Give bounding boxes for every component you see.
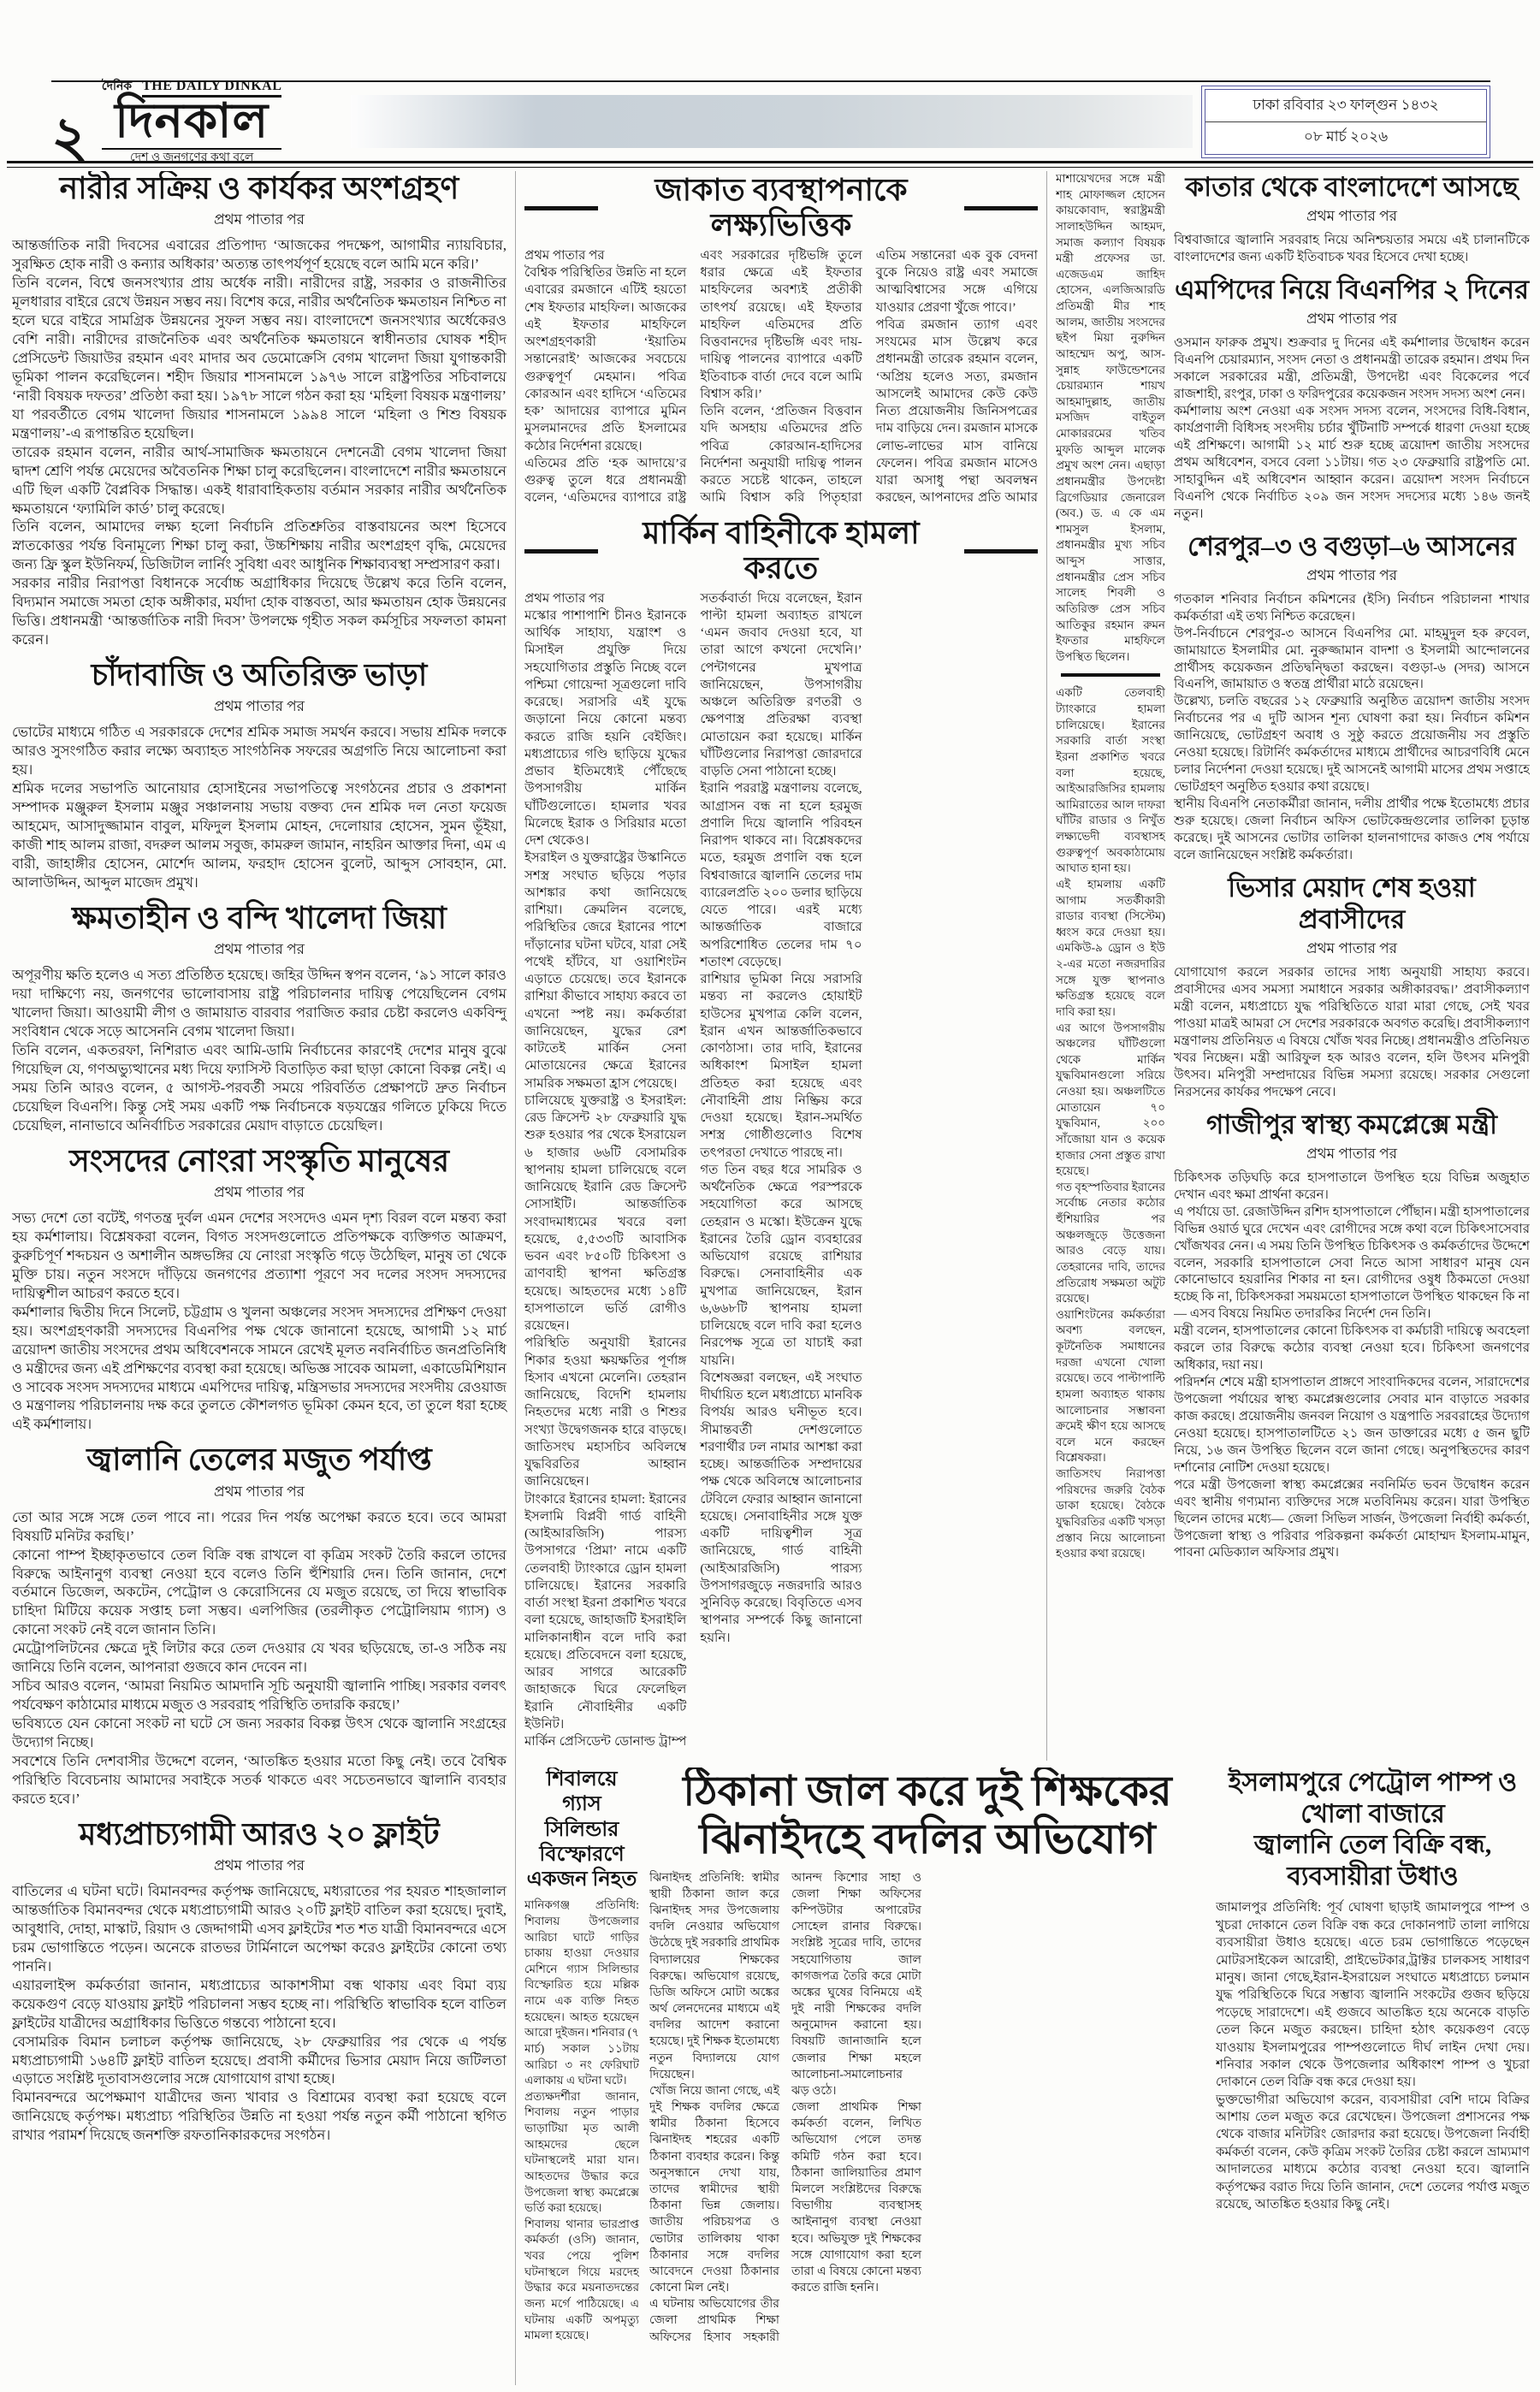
article-women-participation: নারীর সক্রিয় ও কার্যকর অংশগ্রহণ প্রথম প… — [12, 171, 506, 649]
markin-headline-row: মার্কিন বাহিনীকে হামলা করতে — [524, 516, 1038, 587]
article-body: অপূরণীয় ক্ষতি হলেও এ সত্য প্রতিষ্ঠিত হয… — [12, 966, 506, 1134]
article-cancelled-flights: মধ্যপ্রাচ্যগামী আরও ২০ ফ্লাইট প্রথম পাতা… — [12, 1817, 506, 2146]
article-bnp-workshop: এমপিদের নিয়ে বিএনপির ২ দিনের প্রথম পাতা… — [1174, 274, 1530, 524]
continued-from-front: প্রথম পাতার পর — [1174, 1143, 1530, 1167]
headline-dash-left — [524, 549, 598, 554]
continuation-strip: মাশায়েখদের সঙ্গে মন্ত্রী শাহ মোফাজ্জল হ… — [1056, 171, 1165, 1761]
article-headline: মধ্যপ্রাচ্যগামী আরও ২০ ফ্লাইট — [12, 1817, 506, 1852]
date-box-inner: ঢাকা রবিবার ২৩ ফাল্গুন ১৪৩২ ০৮ মার্চ ২০২… — [1205, 89, 1487, 155]
right-column: মাশায়েখদের সঙ্গে মন্ত্রী শাহ মোফাজ্জল হ… — [1056, 171, 1530, 1761]
continued-from-front: প্রথম পাতার পর — [1174, 205, 1530, 229]
article-body: বাতিলের এ ঘটনা ঘটে। বিমানবন্দর কর্তৃপক্ষ… — [12, 1882, 506, 2145]
page-number: ২ — [51, 113, 88, 163]
article-body: সভ্য দেশে তো বটেই, গণতন্ত্র দুর্বল এমন দ… — [12, 1209, 506, 1434]
strip-zakat-continuation: মাশায়েখদের সঙ্গে মন্ত্রী শাহ মোফাজ্জল হ… — [1056, 171, 1165, 665]
top-zone: জাকাত ব্যবস্থাপনাকে লক্ষ্যভিত্তিক প্রথম … — [524, 171, 1530, 1761]
headline-dash-left — [524, 206, 598, 210]
continued-from-front: প্রথম পাতার পর — [12, 696, 506, 719]
gregorian-date: ০৮ মার্চ ২০২৬ — [1205, 122, 1486, 154]
daily-label: দৈনিক — [102, 81, 132, 93]
zakat-headline-row: জাকাত ব্যবস্থাপনাকে লক্ষ্যভিত্তিক — [524, 173, 1038, 244]
header-gradient-band — [351, 95, 1193, 148]
article-body: চিকিৎসক তড়িঘড়ি করে হাসপাতালে উপস্থিত হ… — [1174, 1170, 1530, 1563]
article-sherpur-bogura: শেরপুর–৩ ও বগুড়া–৬ আসনের প্রথম পাতার পর… — [1174, 530, 1530, 865]
continued-from-front: প্রথম পাতার পর — [1174, 308, 1530, 332]
article-khaleda-zia: ক্ষমতাহীন ও বন্দি খালেদা জিয়া প্রথম পাত… — [12, 901, 506, 1135]
article-islampur-fuel: ইসলামপুরে পেট্রোল পাম্প ও খোলা বাজারে জ্… — [1216, 1767, 1530, 2385]
article-headline: সংসদের নোংরা সংস্কৃতি মানুষের — [12, 1144, 506, 1179]
headline-dash-right — [964, 549, 1038, 554]
article-gazipur-health: গাজীপুর স্বাস্থ্য কমপ্লেক্সে মন্ত্রী প্র… — [1174, 1109, 1530, 1563]
left-column: নারীর সক্রিয় ও কার্যকর অংশগ্রহণ প্রথম প… — [12, 171, 516, 2385]
article-extortion-fare: চাঁদাবাজি ও অতিরিক্ত ভাড়া প্রথম পাতার প… — [12, 658, 506, 892]
newspaper-page: ২ দৈনিক THE DAILY DINKAL দিনকাল দেশ ও জন… — [0, 0, 1540, 2392]
article-body: মানিকগঞ্জ প্রতিনিধি: শিবালয় উপজেলার আরি… — [524, 1898, 639, 2344]
continued-from-front: প্রথম পাতার পর — [12, 1855, 506, 1879]
article-fuel-stock: জ্বালানি তেলের মজুত পর্যাপ্ত প্রথম পাতার… — [12, 1442, 506, 1808]
article-visa-expats: ভিসার মেয়াদ শেষ হওয়া প্রবাসীদের প্রথম … — [1174, 872, 1530, 1102]
continued-from-front: প্রথম পাতার পর — [12, 1481, 506, 1505]
article-body: বিশ্ববাজারে জ্বালানি সরবরাহ নিয়ে অনিশ্চ… — [1174, 233, 1530, 267]
bangla-date: ঢাকা রবিবার ২৩ ফাল্গুন ১৪৩২ — [1205, 90, 1486, 122]
article-headline: ভিসার মেয়াদ শেষ হওয়া প্রবাসীদের — [1174, 872, 1530, 935]
headline-dash-right — [964, 206, 1038, 210]
article-body: তো আর সঙ্গে সঙ্গে তেল পাবে না। পরের দিন … — [12, 1508, 506, 1809]
article-qatar: কাতার থেকে বাংলাদেশে আসছে প্রথম পাতার পর… — [1174, 171, 1530, 267]
article-body: যোগাযোগ করলে সরকার তাদের সাধ্য অনুযায়ী … — [1174, 965, 1530, 1102]
article-headline: জাকাত ব্যবস্থাপনাকে লক্ষ্যভিত্তিক — [610, 173, 952, 244]
article-headline: এমপিদের নিয়ে বিএনপির ২ দিনের — [1174, 274, 1530, 305]
date-box: ঢাকা রবিবার ২৩ ফাল্গুন ১৪৩২ ০৮ মার্চ ২০২… — [1201, 86, 1490, 158]
article-headline: গাজীপুর স্বাস্থ্য কমপ্লেক্সে মন্ত্রী — [1174, 1109, 1530, 1140]
article-shibalay-blast: শিবালয়ে গ্যাস সিলিন্ডার বিস্ফোরণে একজন … — [524, 1767, 639, 2385]
article-body: জামালপুর প্রতিনিধি: পূর্ব ঘোষণা ছাড়াই জ… — [1216, 1899, 1530, 2213]
article-body: আন্তর্জাতিক নারী দিবসের এবারের প্রতিপাদ্… — [12, 236, 506, 649]
article-headline: শেরপুর–৩ ও বগুড়া–৬ আসনের — [1174, 530, 1530, 562]
article-body: ভোটের মাধ্যমে গঠিত এ সরকারকে দেশের শ্রমি… — [12, 723, 506, 891]
article-headline-line2: ঝিনাইদহে বদলির অভিযোগ — [649, 1815, 1205, 1863]
strip-markin-continuation: একটি তেলবাহী ট্যাংকারে হামলা চালিয়েছে। … — [1056, 685, 1165, 1561]
article-fake-address: ঠিকানা জাল করে দুই শিক্ষকের ঝিনাইদহে বদল… — [649, 1767, 1205, 2385]
article-body: গতকাল শনিবার নির্বাচন কমিশনের (ইসি) নির্… — [1174, 592, 1530, 865]
article-headline: মার্কিন বাহিনীকে হামলা করতে — [610, 516, 952, 587]
main-right-area: জাকাত ব্যবস্থাপনাকে লক্ষ্যভিত্তিক প্রথম … — [524, 171, 1530, 2385]
page-content: নারীর সক্রিয় ও কার্যকর অংশগ্রহণ প্রথম প… — [12, 171, 1530, 2385]
masthead: ২ দৈনিক THE DAILY DINKAL দিনকাল দেশ ও জন… — [51, 84, 1490, 159]
strip-divider-rule — [1061, 673, 1160, 677]
continued-from-front: প্রথম পাতার পর — [12, 1181, 506, 1205]
bottom-zone: শিবালয়ে গ্যাস সিলিন্ডার বিস্ফোরণে একজন … — [524, 1767, 1530, 2385]
bangla-title: দিনকাল — [102, 98, 281, 145]
article-markin-body: প্রথম পাতার পর মস্কোর পাশাপাশি চীনও ইরান… — [524, 590, 1038, 1761]
continued-from-front: প্রথম পাতার পর — [1174, 938, 1530, 962]
article-headline: কাতার থেকে বাংলাদেশে আসছে — [1174, 171, 1530, 203]
article-zakat-body: প্রথম পাতার পর বৈশ্বিক পরিস্থিতির উন্নতি… — [524, 247, 1038, 514]
article-headline: শিবালয়ে গ্যাস সিলিন্ডার বিস্ফোরণে একজন … — [524, 1767, 639, 1892]
masthead-left: ২ দৈনিক THE DAILY DINKAL দিনকাল দেশ ও জন… — [51, 80, 342, 164]
article-body: ওসমান ফারুক প্রমুখ। শুক্রবার দু দিনের এই… — [1174, 335, 1530, 523]
right-articles-stack: কাতার থেকে বাংলাদেশে আসছে প্রথম পাতার পর… — [1174, 171, 1530, 1761]
continued-from-front: প্রথম পাতার পর — [1174, 565, 1530, 589]
middle-column: জাকাত ব্যবস্থাপনাকে লক্ষ্যভিত্তিক প্রথম … — [524, 171, 1047, 1761]
article-headline: ক্ষমতাহীন ও বন্দি খালেদা জিয়া — [12, 901, 506, 936]
article-headline-line1: ঠিকানা জাল করে দুই শিক্ষকের — [649, 1767, 1205, 1815]
article-headline-line2: জ্বালানি তেল বিক্রি বন্ধ, ব্যবসায়ীরা উধ… — [1216, 1830, 1530, 1892]
article-headline: চাঁদাবাজি ও অতিরিক্ত ভাড়া — [12, 658, 506, 693]
newspaper-logo: দৈনিক THE DAILY DINKAL দিনকাল দেশ ও জনগণ… — [102, 80, 281, 164]
article-headline: জ্বালানি তেলের মজুত পর্যাপ্ত — [12, 1442, 506, 1477]
article-headline-line1: ইসলামপুরে পেট্রোল পাম্প ও খোলা বাজারে — [1216, 1767, 1530, 1830]
article-parliament-culture: সংসদের নোংরা সংস্কৃতি মানুষের প্রথম পাতা… — [12, 1144, 506, 1435]
continued-from-front: প্রথম পাতার পর — [12, 209, 506, 233]
header-double-rule — [7, 161, 1533, 168]
article-body: ঝিনাইদহ প্রতিনিধি: স্বামীর স্থায়ী ঠিকান… — [649, 1870, 1205, 2349]
continued-from-front: প্রথম পাতার পর — [12, 938, 506, 962]
article-headline: নারীর সক্রিয় ও কার্যকর অংশগ্রহণ — [12, 171, 506, 206]
